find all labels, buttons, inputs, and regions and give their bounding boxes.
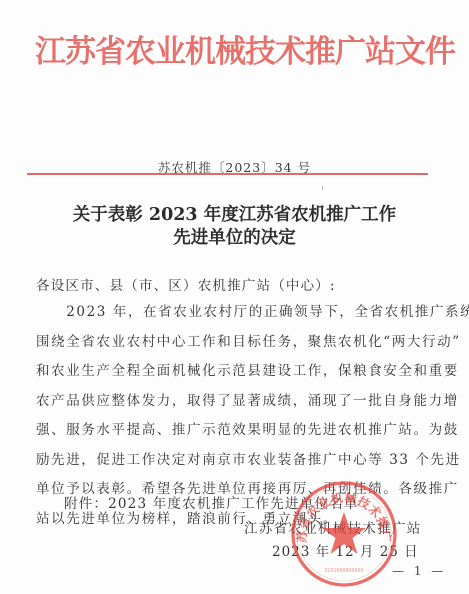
signature-organization: 江苏省农业机械技术推广站 bbox=[244, 519, 422, 539]
masthead-title: 江苏省农业机械技术推广站文件 bbox=[35, 30, 425, 74]
body-line: 农产品供应整体发力，取得了显著成绩，涌现了一批自身能力增 bbox=[36, 387, 436, 417]
svg-text:3201000000000: 3201000000000 bbox=[324, 568, 363, 574]
body-line: 2023 年，在省农业农村厅的正确领导下，全省农机推广系统 bbox=[36, 298, 436, 328]
body-line: 强、服务水平提高、推广示范效果明显的先进农机推广站。为鼓 bbox=[36, 416, 436, 446]
page-number: — 1 — bbox=[392, 563, 446, 579]
body-line: 励先进，促进工作决定对南京市农业装备推广中心等 33 个先进 bbox=[36, 446, 436, 476]
red-divider-rule bbox=[27, 173, 428, 175]
title-line-1: 关于表彰 2023 年度江苏省农机推广工作 bbox=[0, 204, 469, 227]
scan-speck bbox=[322, 186, 323, 190]
salutation: 各设区市、县（市、区）农机推广站（中心）: bbox=[36, 276, 336, 296]
body-line: 围绕全省农业农村中心工作和目标任务，聚焦农机化“两大行动” bbox=[36, 328, 436, 358]
title-line-2: 先进单位的决定 bbox=[0, 227, 469, 250]
document-page: 江苏省农业机械技术推广站文件 苏农机推〔2023〕34 号 关于表彰 2023 … bbox=[0, 0, 469, 594]
signature-date: 2023 年 12 月 25 日 bbox=[272, 542, 419, 562]
body-line: 和农业生产全程全面机械化示范县建设工作，保粮食安全和重要 bbox=[36, 357, 436, 387]
attachment-note: 附件：2023 年度农机推广工作先进单位名单 bbox=[64, 494, 359, 514]
document-title: 关于表彰 2023 年度江苏省农机推广工作 先进单位的决定 bbox=[0, 204, 469, 250]
